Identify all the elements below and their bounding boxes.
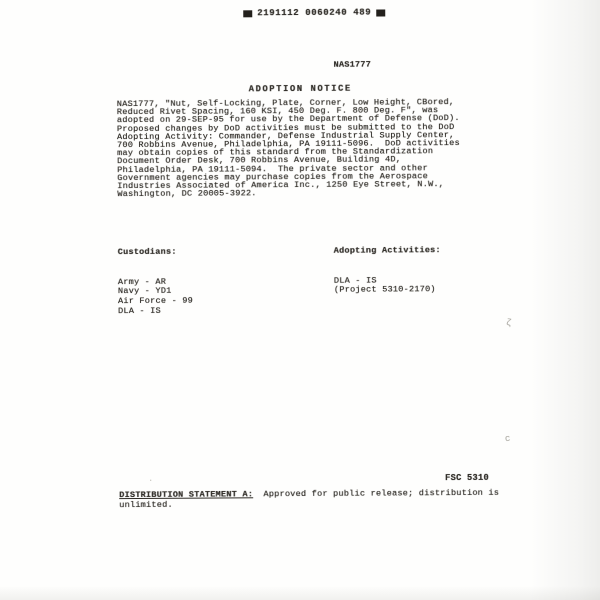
adopting-activity-item: (Project 5310-2170) xyxy=(334,286,441,297)
distribution-statement: DISTRIBUTION STATEMENT A: Approved for p… xyxy=(119,489,501,511)
scan-artifact-mark: . xyxy=(148,474,153,484)
body-paragraph: NAS1777, "Nut, Self-Locking, Plate, Corn… xyxy=(117,98,460,198)
custodians-column: Custodians: Army - ARNavy - YD1Air Force… xyxy=(118,228,194,337)
scan-header-code-text: 2191112 0060240 489 xyxy=(257,8,371,19)
scan-artifact-mark: c xyxy=(504,434,510,445)
adopting-activities-heading: Adopting Activities: xyxy=(334,246,441,257)
document-sheet: 2191112 0060240 489 NAS1777 ADOPTION NOT… xyxy=(0,0,600,600)
custodians-heading: Custodians: xyxy=(118,247,193,257)
custodians-list: Army - ARNavy - YD1Air Force - 99DLA - I… xyxy=(118,277,193,317)
scanned-document-page: 2191112 0060240 489 NAS1777 ADOPTION NOT… xyxy=(0,0,600,600)
adopting-activities-column: Adopting Activities: DLA - IS(Project 53… xyxy=(334,226,442,316)
scan-header-code: 2191112 0060240 489 xyxy=(243,7,385,18)
custodian-item: DLA - IS xyxy=(118,307,193,317)
barcode-square-left-icon xyxy=(243,10,252,17)
distribution-statement-label: DISTRIBUTION STATEMENT A: xyxy=(119,489,253,500)
notice-title: ADOPTION NOTICE xyxy=(249,84,352,95)
barcode-square-right-icon xyxy=(376,9,385,16)
document-number: NAS1777 xyxy=(334,60,372,70)
adopting-activities-list: DLA - IS(Project 5310-2170) xyxy=(334,276,441,296)
fsc-code: FSC 5310 xyxy=(445,473,489,483)
